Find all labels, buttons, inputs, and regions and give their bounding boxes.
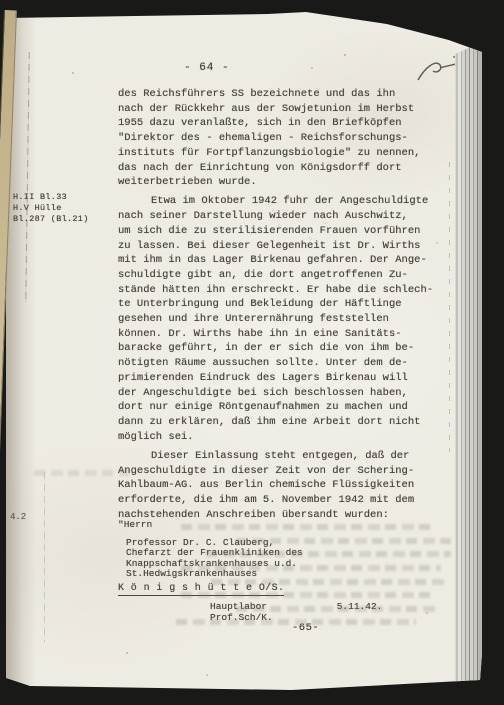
page-beneath-edge	[449, 162, 450, 452]
text-line: Angeschuldigte in dieser Zeit von der Sc…	[118, 464, 472, 479]
text-line: können. Dr. Wirths habe ihn in eine Sani…	[118, 327, 472, 342]
text-line: "Direktor des - ehemaligen - Reichsforsc…	[118, 131, 472, 146]
text-line: Kahlbaum-AG. aus Berlin chemische Flüssi…	[118, 478, 472, 493]
bleedthrough-artifact	[181, 565, 441, 571]
page-header-number: - 64 -	[184, 62, 230, 74]
bleedthrough-artifact	[211, 579, 446, 585]
paragraph: des Reichsführers SS bezeichnete und das…	[118, 87, 472, 190]
text-line: nach der Rückkehr aus der Sowjetunion im…	[118, 102, 472, 117]
text-line: schuldigte gibt an, die dort angetroffen…	[118, 268, 472, 283]
bleedthrough-artifact	[34, 470, 129, 476]
page-crease	[44, 472, 45, 642]
paragraph: Etwa im Oktober 1942 fuhr der Angeschuld…	[118, 194, 472, 444]
text-line: des Reichsführers SS bezeichnete und das…	[118, 87, 472, 102]
text-line: te Unterbringung und Bekleidung der Häft…	[118, 297, 472, 312]
text-line: baracke geführt, in der er sich die von …	[118, 341, 472, 356]
text-line: stände hätten ihn erschreckt. Er habe di…	[118, 283, 472, 298]
bleedthrough-artifact	[181, 524, 436, 530]
text-line: um sich die zu sterilisierenden Frauen v…	[118, 224, 472, 239]
margin-note: H.V Hülle	[13, 203, 89, 214]
page-stack-edge	[455, 42, 482, 690]
text-line: primierenden Eindruck des Lagers Birkena…	[118, 371, 472, 386]
text-line: das nach der Einrichtung von Königsdorff…	[118, 161, 472, 176]
text-line: gesehen und ihre Unterernährung feststel…	[118, 312, 472, 327]
document-page: - 64 - des Reichsführers SS bezeichnete …	[6, 12, 482, 690]
paragraph: Dieser Einlassung steht entgegen, daß de…	[118, 449, 472, 523]
pen-scribble	[414, 52, 462, 88]
text-line: erforderte, die ihm am 5. November 1942 …	[118, 493, 472, 508]
text-line: der Angeschuldigte bei sich beschlossen …	[118, 386, 472, 401]
text-line: zu lassen. Bei dieser Gelegenheit ist Dr…	[118, 239, 472, 254]
text-line: mit ihm in das Lager Birkenau gefahren. …	[118, 253, 472, 268]
text-line: möglich sei.	[118, 430, 472, 445]
bleedthrough-artifact	[181, 592, 431, 598]
text-line: nötigten Räume aussuchen sollte. Unter d…	[118, 356, 472, 371]
text-line: instituts für Fortpflanzungsbiologie" zu…	[118, 146, 472, 161]
text-line: dort nur einige Röntgenaufnahmen zu mach…	[118, 400, 472, 415]
bleedthrough-artifact	[236, 538, 451, 544]
bleedthrough-artifact	[236, 606, 436, 612]
body-text: des Reichsführers SS bezeichnete und das…	[118, 87, 472, 522]
bleedthrough-artifact	[176, 619, 416, 625]
text-line: nach seiner Darstellung wieder nach Ausc…	[118, 209, 472, 224]
page-crease	[25, 52, 29, 302]
text-line: weiterbetrieben wurde.	[118, 175, 472, 190]
text-line: 1955 dazu veranlaßte, sich in den Briefk…	[118, 116, 472, 131]
margin-notes: H.II Bl.33H.V HülleBl.287 (Bl.21)	[13, 192, 89, 225]
bleedthrough-artifact	[206, 551, 451, 557]
text-line: dann zu erklären, daß ihm eine Arbeit do…	[118, 415, 472, 430]
margin-partial-mark: 4.2	[10, 512, 26, 522]
scanned-document-photo: - 64 - des Reichsführers SS bezeichnete …	[0, 0, 504, 705]
margin-note: H.II Bl.33	[13, 192, 89, 203]
margin-note: Bl.287 (Bl.21)	[13, 214, 89, 225]
text-line: Etwa im Oktober 1942 fuhr der Angeschuld…	[118, 194, 472, 209]
text-line: Dieser Einlassung steht entgegen, daß de…	[118, 449, 472, 464]
